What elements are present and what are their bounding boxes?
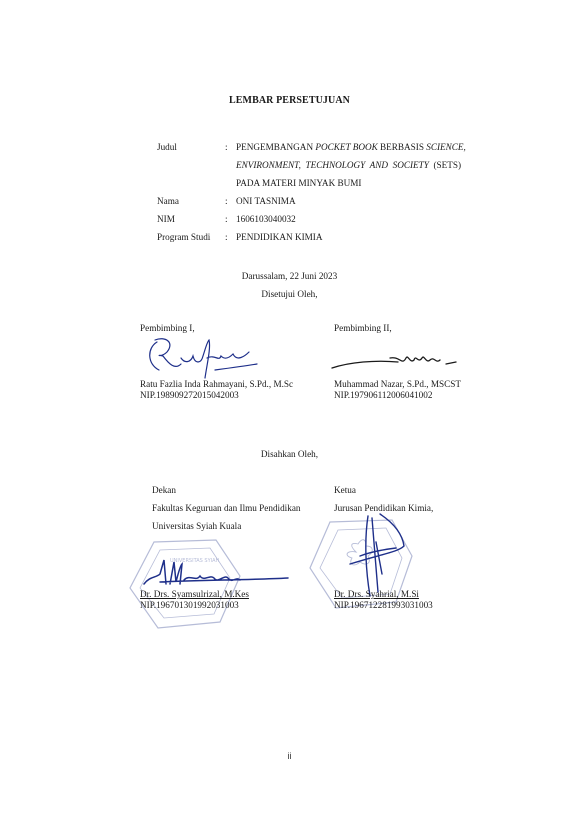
- field-value-nim: 1606103040032: [236, 213, 296, 225]
- ratified-by-heading: Disahkan Oleh,: [0, 448, 579, 460]
- signature-official-1: [140, 556, 290, 590]
- field-value-nama: ONI TASNIMA: [236, 195, 296, 207]
- official-2-role-line-1: Ketua: [334, 484, 356, 496]
- supervisor-1-role: Pembimbing I,: [140, 322, 195, 334]
- approved-by-heading: Disetujui Oleh,: [0, 288, 579, 300]
- signature-supervisor-1: [145, 334, 265, 380]
- field-separator: :: [225, 141, 228, 153]
- field-separator: :: [225, 195, 228, 207]
- field-label-nim: NIM: [157, 213, 175, 225]
- field-label-program-studi: Program Studi: [157, 231, 210, 243]
- page-title: LEMBAR PERSETUJUAN: [0, 95, 579, 106]
- official-1-role-line-1: Dekan: [152, 484, 176, 496]
- signature-supervisor-2: [330, 350, 460, 374]
- official-1-role-line-2: Fakultas Keguruan dan Ilmu Pendidikan: [152, 502, 301, 514]
- supervisor-2-nip: NIP.197906112006041002: [334, 389, 432, 401]
- field-separator: :: [225, 213, 228, 225]
- supervisor-2-role: Pembimbing II,: [334, 322, 392, 334]
- title-line-1: PENGEMBANGAN POCKET BOOK BERBASIS SCIENC…: [236, 141, 466, 153]
- title-text: PENGEMBANGAN: [236, 142, 315, 152]
- official-2-nip: NIP.196712281993031003: [334, 599, 433, 611]
- title-text-italic: POCKET BOOK: [315, 142, 377, 152]
- title-text: BERBASIS: [378, 142, 427, 152]
- title-line-2: ENVIRONMENT, TECHNOLOGY AND SOCIETY (SET…: [236, 159, 461, 171]
- field-label-judul: Judul: [157, 141, 177, 153]
- title-text-italic: ENVIRONMENT, TECHNOLOGY AND SOCIETY: [236, 160, 429, 170]
- official-1-nip: NIP.196701301992031003: [140, 599, 239, 611]
- signature-official-2: [340, 512, 410, 598]
- title-text: (SETS): [429, 160, 461, 170]
- official-1-role-line-3: Universitas Syiah Kuala: [152, 520, 241, 532]
- title-line-3: PADA MATERI MINYAK BUMI: [236, 177, 362, 189]
- field-label-nama: Nama: [157, 195, 179, 207]
- title-text-italic: SCIENCE,: [426, 142, 466, 152]
- field-value-program-studi: PENDIDIKAN KIMIA: [236, 231, 323, 243]
- place-date: Darussalam, 22 Juni 2023: [0, 270, 579, 282]
- supervisor-1-nip: NIP.198909272015042003: [140, 389, 239, 401]
- field-separator: :: [225, 231, 228, 243]
- page-number: ii: [0, 751, 579, 761]
